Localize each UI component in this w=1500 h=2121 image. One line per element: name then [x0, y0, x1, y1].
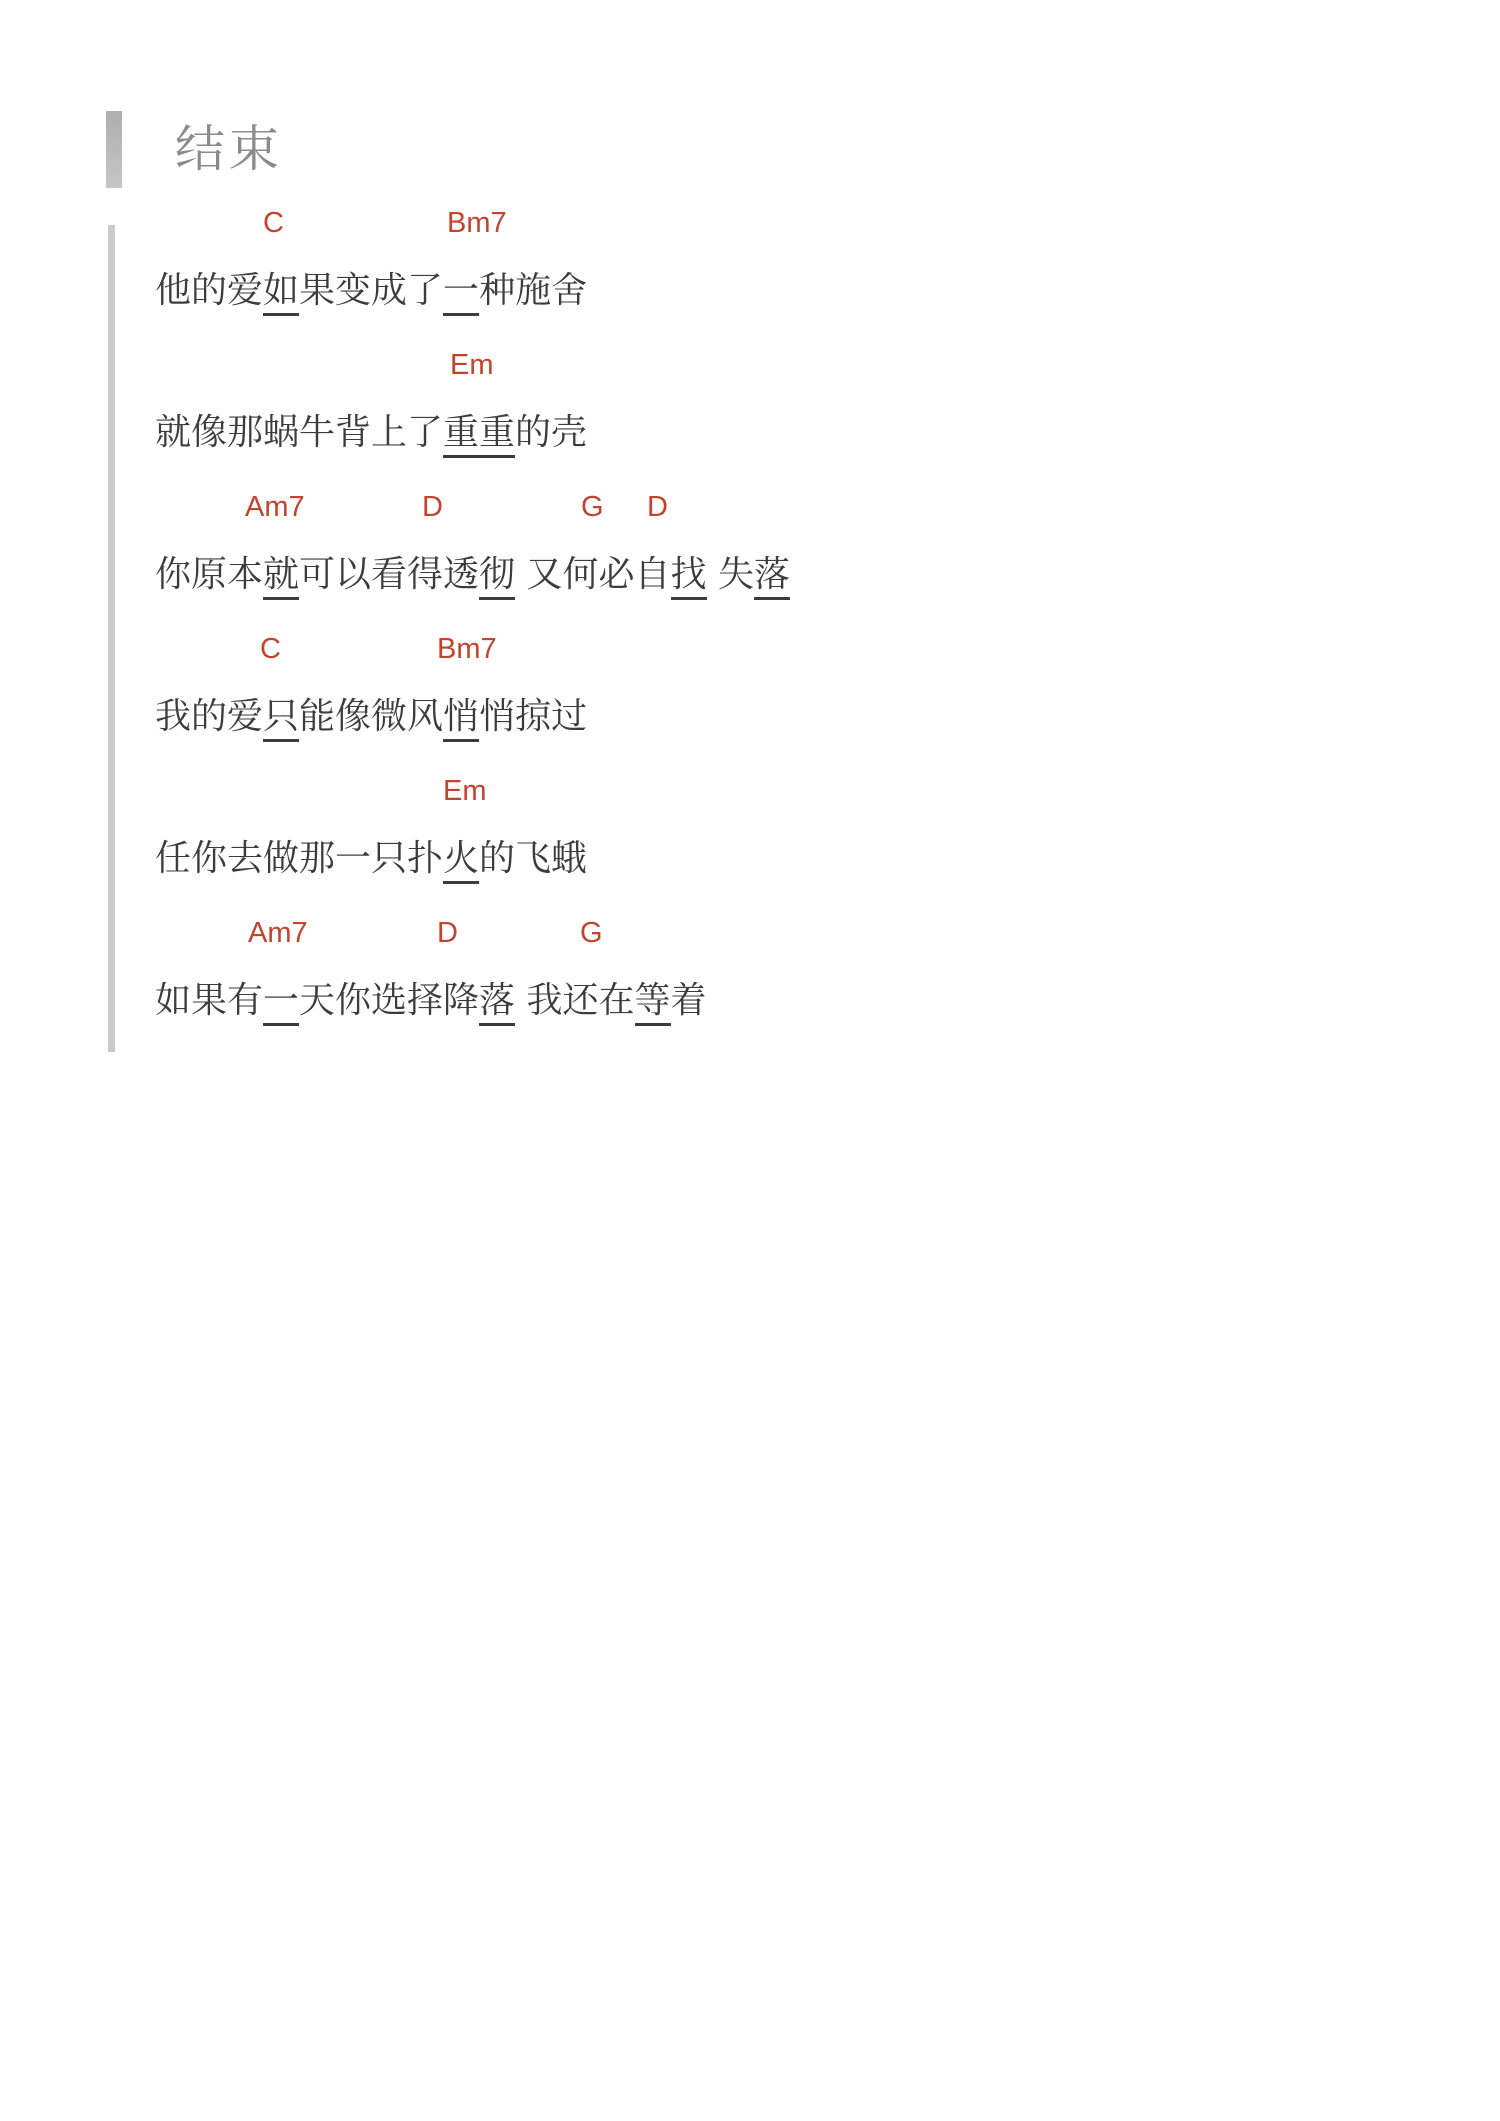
- lyric-text: 着: [671, 981, 707, 1021]
- lyric-text-underlined: 落: [479, 981, 515, 1026]
- chord-label: Am7: [248, 915, 308, 951]
- lyric-text-underlined: 如: [263, 271, 299, 316]
- lyric-text: 又何必自: [515, 555, 670, 595]
- chord-line: CBm7: [0, 631, 1500, 669]
- chord-label: D: [437, 915, 458, 951]
- lyric-line: 如果有一天你选择降落 我还在等着: [0, 981, 1500, 1021]
- chord-label: Bm7: [437, 631, 497, 667]
- lyric-text-underlined: 落: [754, 555, 790, 600]
- lyric-block: Em任你去做那一只扑火的飞蛾: [0, 773, 1500, 879]
- chord-label: Em: [450, 347, 494, 383]
- lyric-block: Em就像那蜗牛背上了重重的壳: [0, 347, 1500, 453]
- chord-label: D: [647, 489, 668, 525]
- chord-label: C: [263, 205, 284, 241]
- lyric-text: 失: [707, 555, 754, 595]
- lyric-text: 果变成了: [299, 271, 443, 311]
- lyric-blocks: CBm7他的爱如果变成了一种施舍Em就像那蜗牛背上了重重的壳Am7DGD你原本就…: [0, 205, 1500, 1057]
- lyric-text-underlined: 悄: [443, 697, 479, 742]
- chord-label: Am7: [245, 489, 305, 525]
- lyric-text-underlined: 只: [263, 697, 299, 742]
- lyric-line: 就像那蜗牛背上了重重的壳: [0, 413, 1500, 453]
- lyric-text: 可以看得透: [299, 555, 479, 595]
- lyric-line: 他的爱如果变成了一种施舍: [0, 271, 1500, 311]
- chord-label: G: [580, 915, 603, 951]
- chord-line: Em: [0, 773, 1500, 811]
- lyric-text: 他的爱: [155, 271, 263, 311]
- chord-label: Em: [443, 773, 487, 809]
- lyric-text-underlined: 一: [443, 271, 479, 316]
- lyric-text-underlined: 火: [443, 839, 479, 884]
- chord-label: G: [581, 489, 604, 525]
- chord-label: C: [260, 631, 281, 667]
- lyric-text: 如果有: [155, 981, 263, 1021]
- lyric-text-underlined: 重重: [443, 413, 515, 458]
- lyric-text: 种施舍: [479, 271, 587, 311]
- chord-line: CBm7: [0, 205, 1500, 243]
- lyric-text: 天你选择降: [299, 981, 479, 1021]
- chord-label: D: [422, 489, 443, 525]
- lyric-text-underlined: 就: [263, 555, 299, 600]
- lyric-text: 我还在: [515, 981, 634, 1021]
- lyric-text: 就像那蜗牛背上了: [155, 413, 443, 453]
- lyric-text-underlined: 找: [671, 555, 707, 600]
- lyric-text: 的壳: [515, 413, 587, 453]
- chord-line: Am7DGD: [0, 489, 1500, 527]
- chord-label: Bm7: [447, 205, 507, 241]
- lyric-line: 我的爱只能像微风悄悄掠过: [0, 697, 1500, 737]
- lyric-block: CBm7他的爱如果变成了一种施舍: [0, 205, 1500, 311]
- lyric-text-underlined: 一: [263, 981, 299, 1026]
- lyric-block: Am7DGD你原本就可以看得透彻 又何必自找 失落: [0, 489, 1500, 595]
- lyric-text: 任你去做那一只扑: [155, 839, 443, 879]
- lyric-text: 悄掠过: [479, 697, 587, 737]
- lyric-text-underlined: 等: [635, 981, 671, 1026]
- lyric-block: CBm7我的爱只能像微风悄悄掠过: [0, 631, 1500, 737]
- chord-line: Em: [0, 347, 1500, 385]
- section-header-bar: [106, 111, 122, 188]
- chord-line: Am7DG: [0, 915, 1500, 953]
- lyric-line: 你原本就可以看得透彻 又何必自找 失落: [0, 555, 1500, 595]
- section-title: 结束: [175, 109, 283, 181]
- lyric-text: 我的爱: [155, 697, 263, 737]
- chord-sheet-page: 结束 CBm7他的爱如果变成了一种施舍Em就像那蜗牛背上了重重的壳Am7DGD你…: [0, 0, 1500, 2121]
- lyric-text-underlined: 彻: [479, 555, 515, 600]
- lyric-line: 任你去做那一只扑火的飞蛾: [0, 839, 1500, 879]
- lyric-text: 的飞蛾: [479, 839, 587, 879]
- lyric-block: Am7DG如果有一天你选择降落 我还在等着: [0, 915, 1500, 1021]
- lyric-text: 你原本: [155, 555, 263, 595]
- lyric-text: 能像微风: [299, 697, 443, 737]
